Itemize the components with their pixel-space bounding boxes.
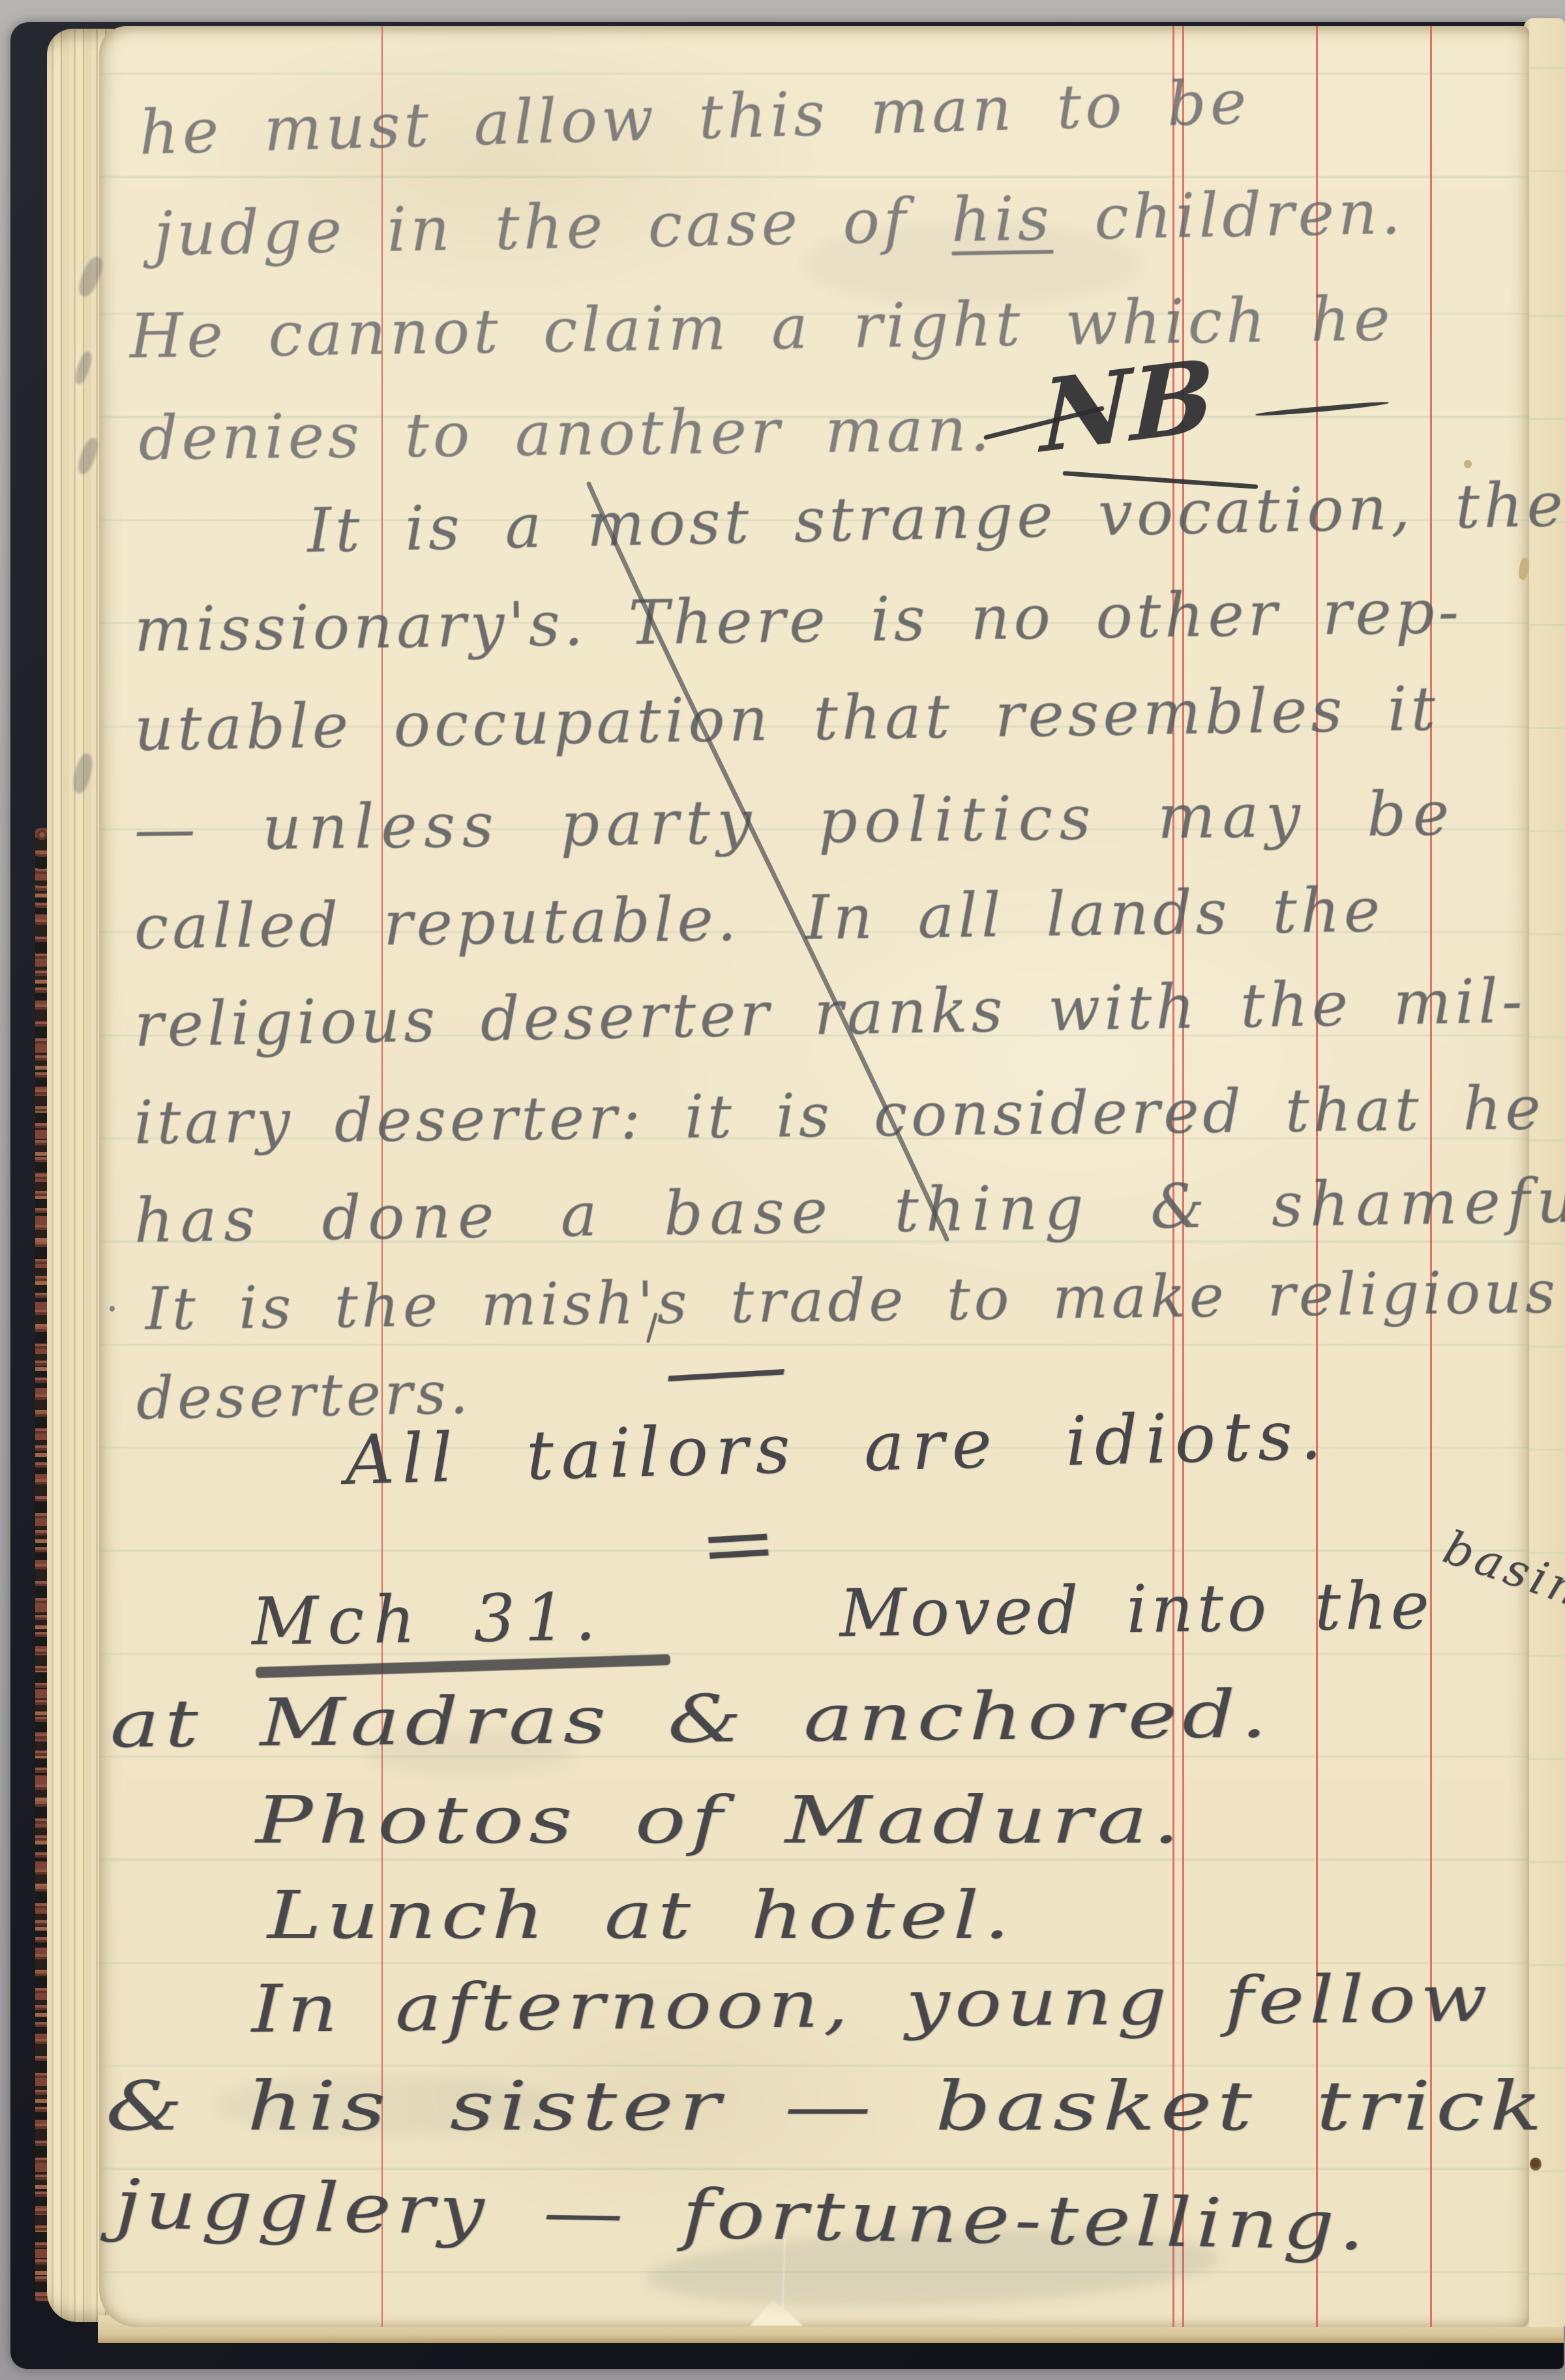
journal-line: itary deserter: it is considered that he bbox=[134, 1073, 1545, 1158]
section-dash-mark: — bbox=[655, 1316, 795, 1422]
line-segment: children. bbox=[1052, 177, 1405, 254]
entry-line-rest: Moved into the bbox=[839, 1567, 1434, 1652]
photographed-notebook-scene: { "colors": { "desk": "#aaa8a6", "book_c… bbox=[0, 0, 1565, 2380]
diary-entry-line: Lunch at hotel. bbox=[267, 1877, 1015, 1953]
entry-date: Mch 31. bbox=[251, 1578, 605, 1660]
diary-entry-line: at Madras & anchored. bbox=[110, 1676, 1272, 1762]
line-segment: judge in the case of bbox=[153, 185, 952, 270]
nb-ink-flourish: NB bbox=[1040, 336, 1215, 475]
diary-entry-line: Photos of Madura. bbox=[256, 1782, 1185, 1858]
wormhole bbox=[1530, 2158, 1542, 2171]
underlined-word: his bbox=[951, 183, 1054, 256]
diary-entry-line: In afternoon, young fellow bbox=[251, 1960, 1493, 2047]
journal-line: denies to another man. bbox=[138, 394, 994, 474]
diary-entry-line: & his sister — basket trick — bbox=[106, 2066, 1565, 2146]
pencil-speck bbox=[110, 1306, 115, 1312]
paper-fleck bbox=[1464, 460, 1472, 468]
